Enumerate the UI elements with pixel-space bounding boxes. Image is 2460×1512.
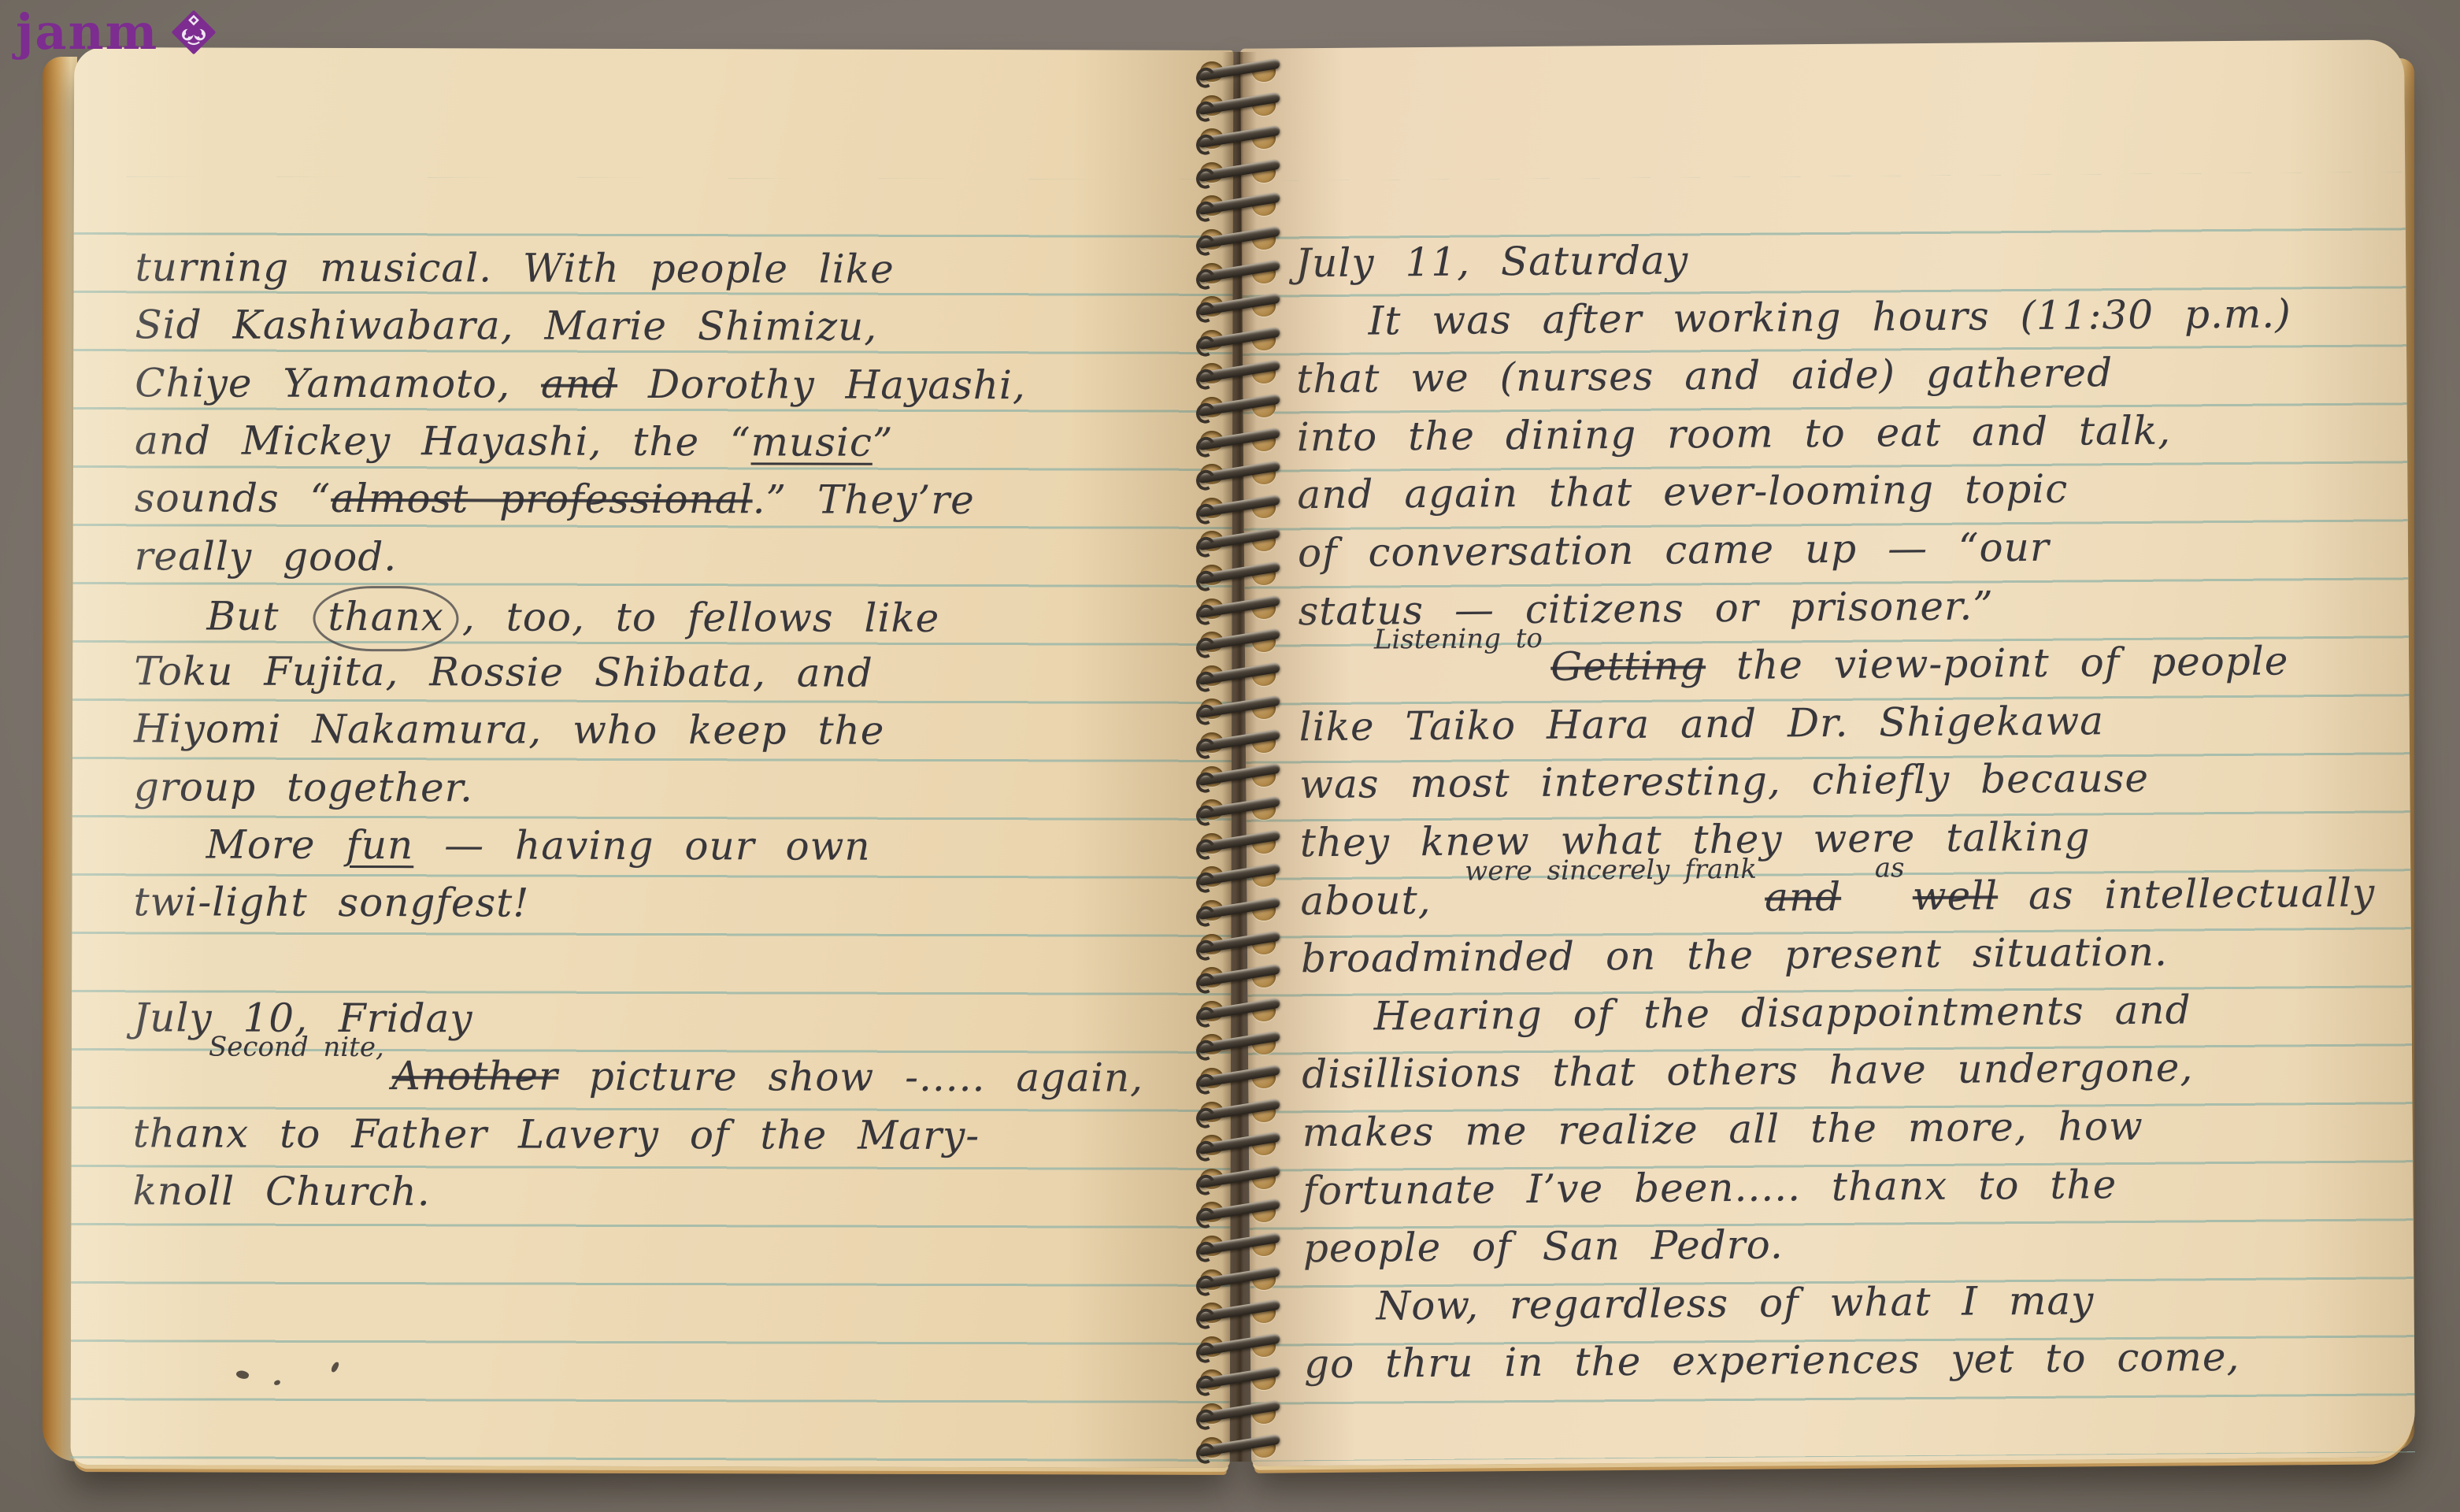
spiral-coil [1195, 1197, 1282, 1225]
spiral-coil [1195, 627, 1282, 655]
handwriting-segment: that we (nurses and aide) gathered [1296, 350, 2113, 402]
handwriting-segment: well [1913, 873, 1999, 919]
handwriting-segment: Hiyomi Nakamura, who keep the [134, 706, 884, 754]
spiral-coil [1195, 795, 1282, 823]
spiral-coil [1195, 191, 1282, 219]
handwriting-segment: Now, regardless of what I may [1376, 1277, 2094, 1329]
janm-logo-text: janm [16, 8, 158, 57]
spiral-coil [1195, 1063, 1282, 1091]
diary-page-right: July 11, SaturdayIt was after working ho… [1240, 39, 2415, 1466]
spiral-coil [1195, 392, 1282, 421]
handwritten-line: sounds “almost professional.” They’re [135, 469, 975, 529]
handwritten-line: people of San Pedro. [1303, 1217, 1784, 1278]
spiral-coil [1195, 1265, 1282, 1293]
handwriting-segment: fun [346, 822, 413, 868]
handwriting-segment: Hearing of the disappointments and [1373, 987, 2191, 1039]
handwriting-segment: the view-point of people [1706, 639, 2289, 689]
handwritten-line: that we (nurses and aide) gathered [1296, 344, 2113, 408]
handwriting-segment: were sincerely frank [1465, 855, 1757, 884]
handwritten-line: was most interesting, chiefly because [1299, 750, 2149, 813]
handwritten-line: really good. [135, 528, 398, 586]
spiral-coil [1195, 91, 1282, 119]
handwritten-line: disillisions that others have undergone, [1302, 1039, 2194, 1104]
diary-page-left: turning musical. With people likeSid Kas… [71, 47, 1234, 1468]
handwritten-line: thanx to Father Lavery of the Mary- [133, 1105, 980, 1165]
handwriting-segment: Dorothy Hayashi, [617, 361, 1026, 407]
handwriting-segment: Getting [1550, 643, 1706, 690]
handwritten-line: Chiye Yamamoto, and Dorothy Hayashi, [135, 354, 1026, 414]
spiral-coil [1195, 594, 1282, 622]
handwriting-segment: thanx [313, 586, 459, 651]
spiral-coil [1195, 762, 1282, 790]
handwriting-segment: and Mickey Hayashi, the “ [135, 417, 751, 465]
handwriting-segment: music [751, 419, 872, 465]
handwritten-line: Hiyomi Nakamura, who keep the [134, 701, 884, 760]
handwritten-line: Toku Fujita, Rossie Shibata, and [134, 643, 873, 702]
spiral-coil [1195, 124, 1282, 152]
scanned-diary-page: janm turning musical. With people likeSi… [0, 0, 2460, 1512]
spiral-coil [1195, 694, 1282, 722]
handwriting-segment: about, [1300, 876, 1462, 924]
handwriting-segment: sounds “ [135, 475, 331, 521]
handwriting-segment: twi-light songfest! [133, 880, 529, 926]
handwriting-segment: Sid Kashiwabara, Marie Shimizu, [135, 302, 877, 350]
spiral-coil [1195, 1399, 1282, 1427]
handwriting-segment: go thru in the experiences yet to come, [1304, 1334, 2240, 1387]
handwriting-segment: , too, to fellows like [462, 594, 940, 641]
handwritten-line: twi-light songfest! [133, 874, 529, 932]
handwriting-segment: was most interesting, chiefly because [1299, 755, 2149, 807]
handwritten-line: go thru in the experiences yet to come, [1304, 1329, 2240, 1393]
handwritten-line: of conversation came up — “our [1298, 519, 2050, 582]
handwriting-segment: and [541, 361, 617, 406]
handwritten-line: like Taiko Hara and Dr. Shigekawa [1299, 692, 2104, 756]
spiral-coil [1195, 57, 1282, 85]
handwriting-segment: makes me realize all the more, how [1302, 1103, 2143, 1155]
handwritten-line: Hearing of the disappointments and [1301, 981, 2191, 1046]
spiral-coil [1195, 157, 1282, 186]
handwritten-line: about, were sincerely frankand aswell as… [1300, 864, 2375, 930]
handwriting-segment: people of San Pedro. [1303, 1222, 1784, 1272]
spiral-coil [1195, 526, 1282, 554]
spiral-coil [1195, 728, 1282, 756]
spiral-coil [1195, 1365, 1282, 1393]
handwriting-segment [1841, 873, 1872, 919]
handwriting-segment: group together. [134, 764, 473, 810]
handwritten-line: July 11, Saturday [1295, 232, 1689, 292]
handwriting-segment: as [1875, 854, 1905, 881]
spiral-coil [1195, 258, 1282, 287]
spiral-coil [1195, 962, 1282, 991]
handwriting-segment: knoll Church. [132, 1168, 430, 1214]
handwriting-segment: like Taiko Hara and Dr. Shigekawa [1299, 698, 2104, 750]
handwriting-segment: almost professional [331, 476, 753, 522]
handwriting-segment: picture show -..... again, [558, 1054, 1143, 1101]
spiral-coil [1195, 291, 1282, 320]
handwritten-line: Now, regardless of what I may [1303, 1272, 2094, 1336]
handwriting-segment: really good. [135, 533, 398, 580]
handwritten-line: and again that ever-looming topic [1297, 461, 2068, 524]
right-writing: July 11, SaturdayIt was after working ho… [1240, 39, 2415, 1466]
handwriting-segment: Chiye Yamamoto, [135, 360, 541, 406]
left-writing: turning musical. With people likeSid Kas… [71, 47, 1234, 1468]
handwritten-line: More fun — having our own [134, 816, 871, 875]
handwritten-line: Sid Kashiwabara, Marie Shimizu, [135, 297, 877, 356]
handwriting-segment: ” [872, 420, 894, 465]
handwriting-segment: But [206, 593, 309, 639]
handwriting-segment: .” They’re [753, 477, 975, 524]
handwritten-line: makes me realize all the more, how [1302, 1098, 2143, 1162]
spiral-coil [1195, 459, 1282, 487]
handwriting-segment: disillisions that others have undergone, [1302, 1045, 2194, 1098]
spiral-coil [1195, 426, 1282, 454]
handwriting-segment: fortunate I’ve been..... thanx to the [1302, 1162, 2117, 1214]
handwriting-segment: as intellectually [1998, 869, 2375, 918]
handwriting-segment: July 11, Saturday [1295, 237, 1689, 286]
spiral-coil [1195, 325, 1282, 354]
handwritten-line: knoll Church. [132, 1162, 430, 1221]
spiral-coil [1195, 929, 1282, 958]
handwriting-segment: — having our own [413, 822, 870, 869]
handwriting-segment: Another [392, 1053, 558, 1099]
handwritten-line: and Mickey Hayashi, the “music” [135, 412, 894, 472]
spiral-coil [1195, 1164, 1282, 1192]
handwritten-line: group together. [134, 758, 473, 817]
spiral-coil [1195, 1097, 1282, 1125]
handwritten-line: Second nite,Another picture show -..... … [133, 1047, 1143, 1106]
handwriting-segment: turning musical. With people like [135, 244, 895, 292]
spiral-coil [1195, 493, 1282, 521]
handwritten-line: It was after working hours (11:30 p.m.) [1295, 285, 2291, 350]
spiral-coil [1195, 1432, 1282, 1461]
spiral-coil [1195, 1130, 1282, 1158]
handwriting-segment: broadminded on the present situation. [1301, 929, 2168, 982]
handwriting-segment: More [206, 822, 346, 868]
handwritten-line: into the dining room to eat and talk, [1297, 402, 2172, 466]
spiral-coil [1195, 895, 1282, 924]
spiral-coil [1195, 1029, 1282, 1058]
spiral-coil [1195, 1332, 1282, 1360]
spiral-coil [1195, 1231, 1282, 1259]
spiral-coil [1195, 1298, 1282, 1326]
spiral-coil [1195, 996, 1282, 1025]
handwriting-segment: into the dining room to eat and talk, [1297, 407, 2172, 460]
handwritten-line: turning musical. With people like [135, 239, 895, 298]
handwritten-line: broadminded on the present situation. [1301, 924, 2168, 988]
spiral-coil [1195, 661, 1282, 689]
handwriting-segment: Listening to [1374, 625, 1543, 654]
spiral-coil [1195, 560, 1282, 588]
spiral-coil [1195, 358, 1282, 387]
handwritten-line: fortunate I’ve been..... thanx to the [1302, 1156, 2117, 1220]
handwriting-segment: and [1765, 873, 1841, 920]
janm-logo: janm [16, 6, 220, 58]
spiral-coil [1195, 224, 1282, 253]
spiral-binding [1195, 0, 1282, 1512]
handwriting-segment: It was after working hours (11:30 p.m.) [1368, 291, 2291, 343]
handwriting-segment: thanx to Father Lavery of the Mary- [133, 1110, 980, 1158]
handwriting-segment: and again that ever-looming topic [1297, 466, 2068, 518]
handwriting-segment: of conversation came up — “our [1298, 524, 2050, 576]
handwriting-segment: Second nite, [209, 1034, 384, 1062]
handwritten-line: Listening toGetting the view-point of pe… [1299, 633, 2289, 699]
janm-crest-icon [168, 6, 220, 58]
handwriting-segment: Toku Fujita, Rossie Shibata, and [134, 648, 873, 695]
spiral-coil [1195, 828, 1282, 857]
spiral-coil [1195, 862, 1282, 890]
